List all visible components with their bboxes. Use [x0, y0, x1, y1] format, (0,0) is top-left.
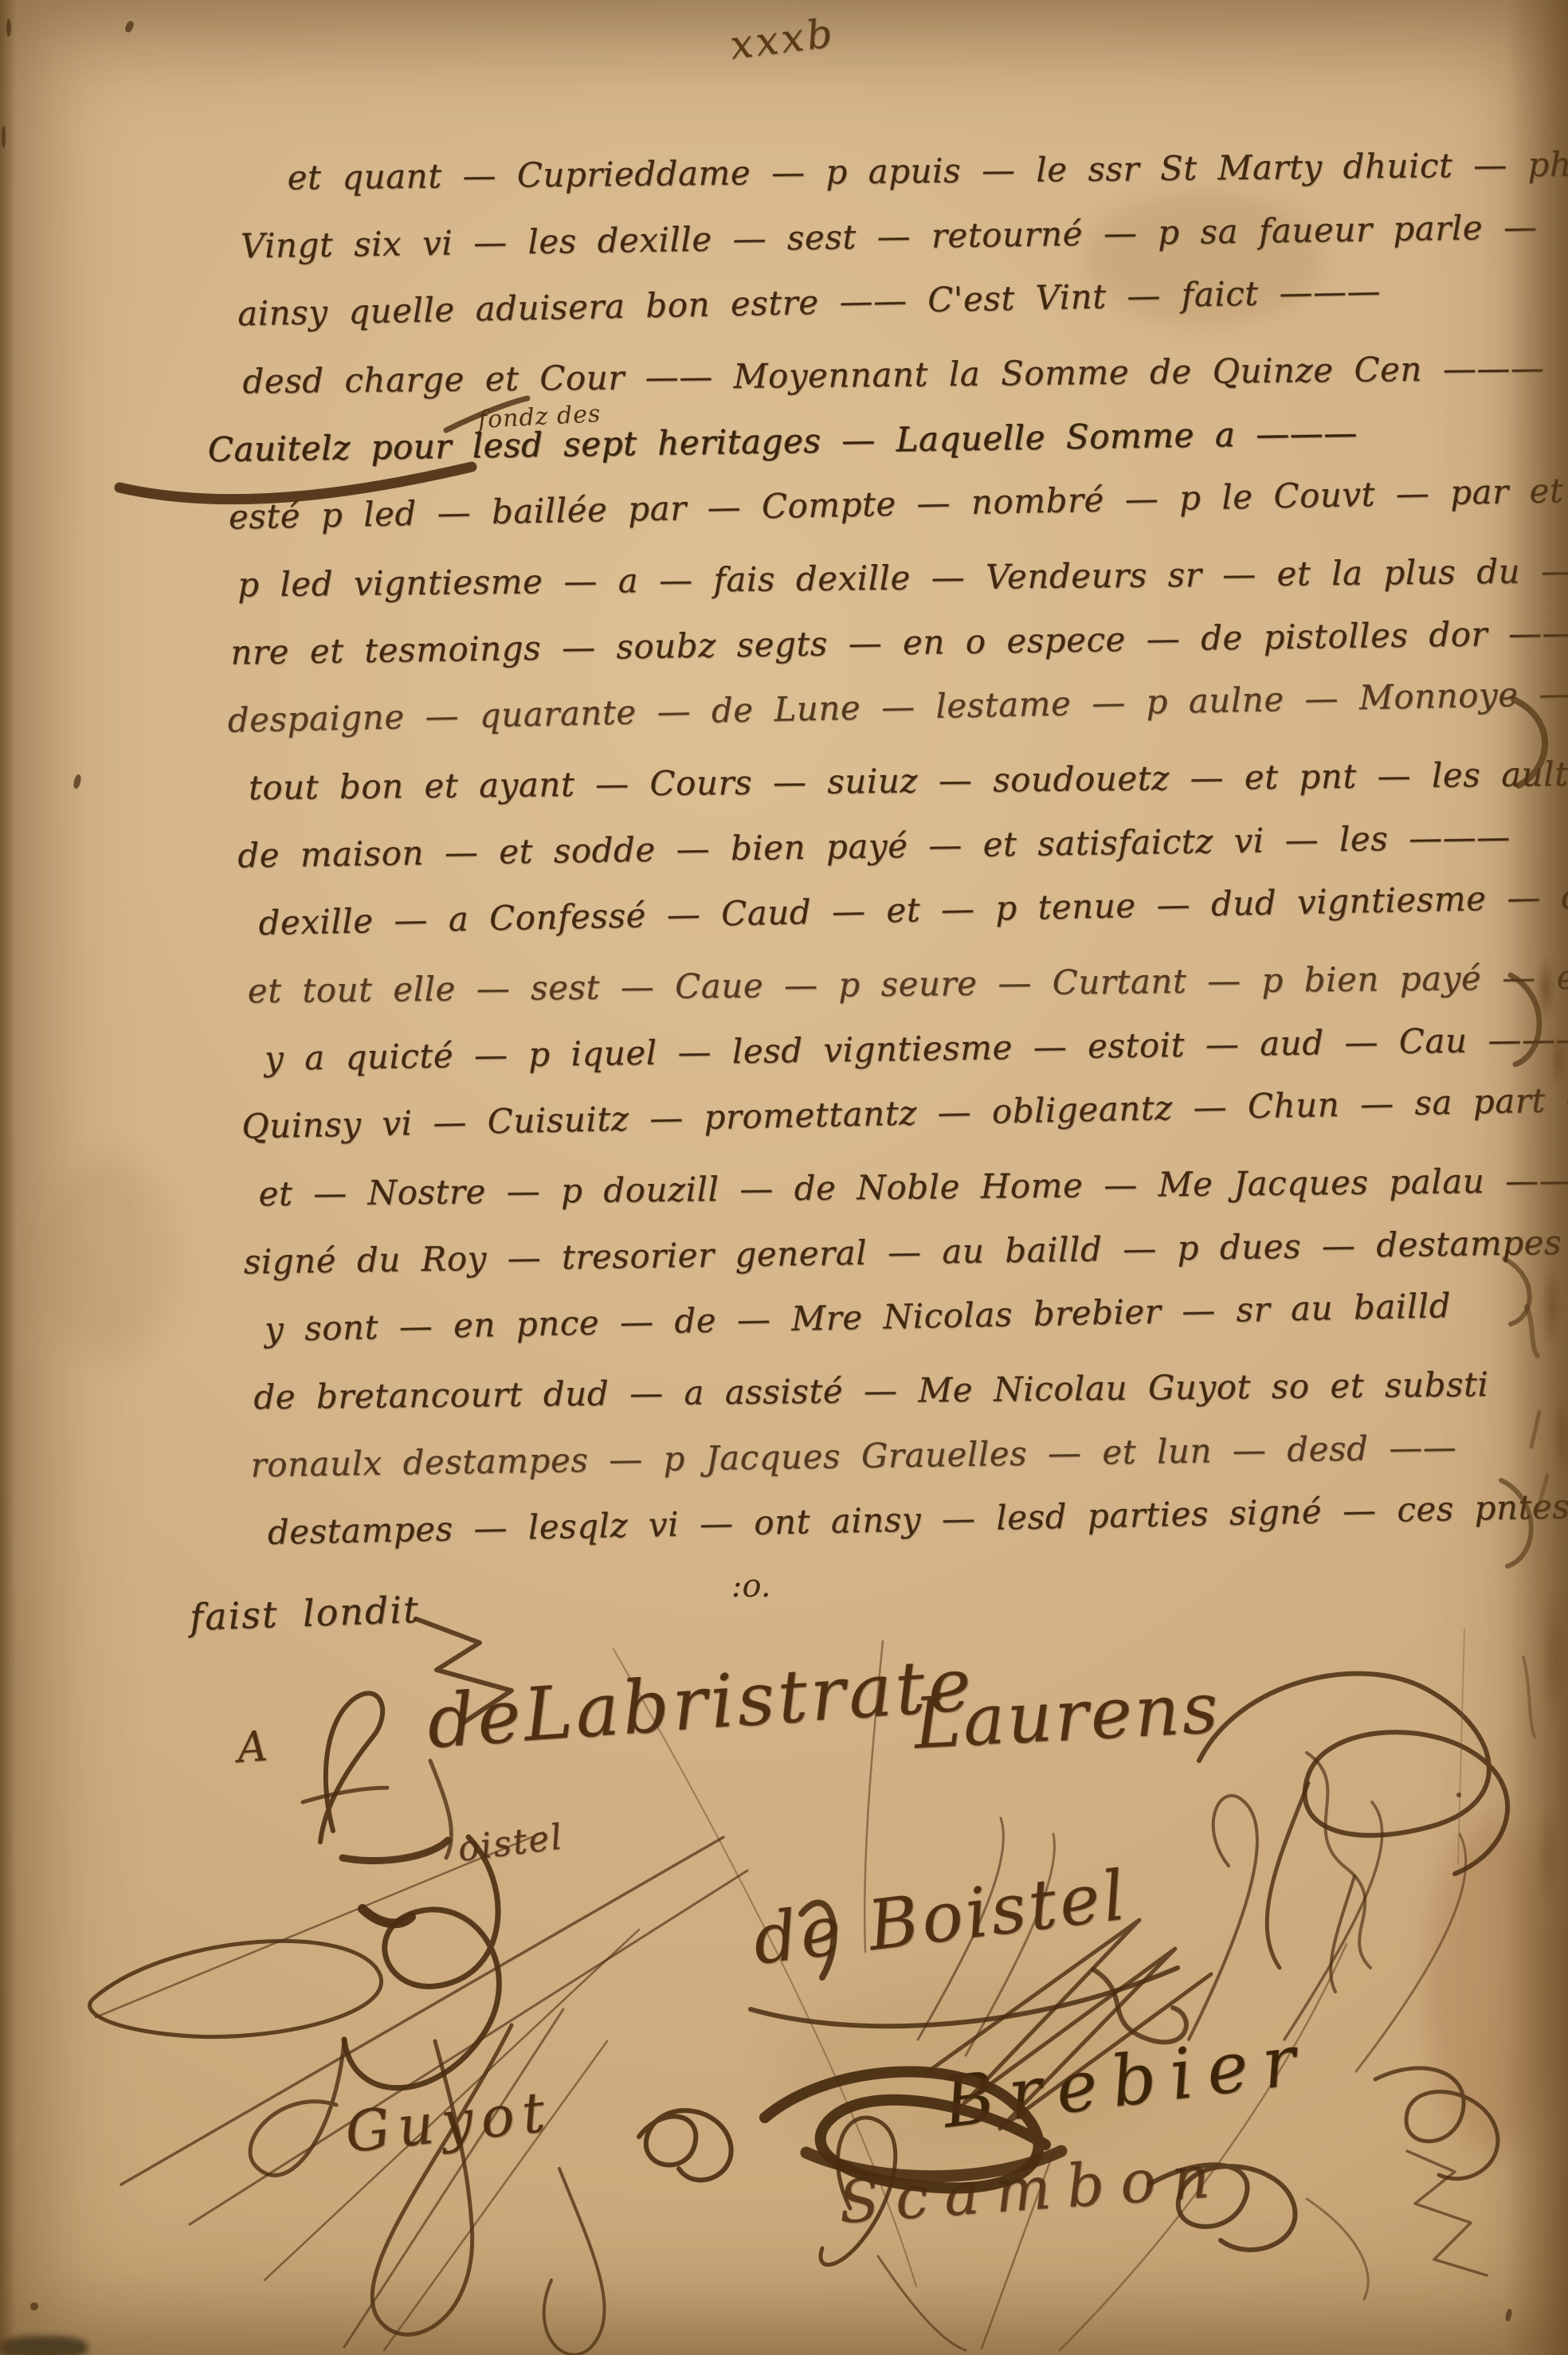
edge-ink-stains — [1496, 860, 1568, 2151]
ink-speck — [123, 20, 135, 33]
signature-brebier: Brebier — [938, 2017, 1315, 2144]
signature-initial: A — [236, 1722, 269, 1772]
ink-speck — [30, 2302, 38, 2310]
signature-name: deLabristrate — [425, 1641, 978, 1765]
ink-speck — [73, 774, 82, 789]
line-end-mark: :o. — [731, 1568, 771, 1605]
manuscript-page: xxxb et quant — Cuprieddame — p apuis — … — [0, 0, 1568, 2355]
signature-boistel: de Boistel — [749, 1855, 1133, 1981]
page-left-edge — [0, 0, 16, 2355]
signature-scambon: Scambon — [837, 2141, 1228, 2237]
ink-speck — [1456, 1793, 1461, 1797]
signature-laurens: Laurens — [912, 1667, 1222, 1765]
folio-number: xxxb — [727, 10, 838, 69]
signature-boistel-small: oistel — [456, 1816, 566, 1870]
signature-guyot: Guyot — [342, 2079, 555, 2165]
closing-line: faist londit — [189, 1588, 420, 1639]
manuscript-text-block: et quant — Cuprieddame — p apuis — le ss… — [203, 126, 1515, 1567]
paper-stain — [48, 1155, 175, 1362]
signature-delabristrate: AdeLabristrate — [425, 1641, 978, 1765]
